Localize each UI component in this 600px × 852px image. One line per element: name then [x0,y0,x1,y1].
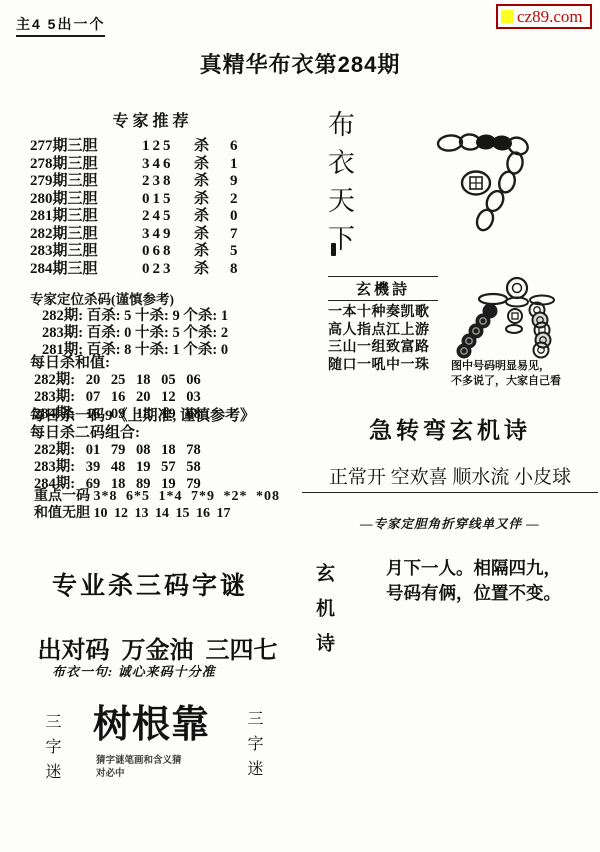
dan-numbers: 346 [142,156,194,174]
kill-label: 杀 [194,173,230,191]
sanma-riddle-line: 出对码 万金油 三四七 [25,630,290,665]
corner-note: 主4 5出一个 [16,14,105,37]
three-char-riddle-note: 猜字谜笔画和含义猜 对必中 [96,755,226,781]
riddle-note-line1: 猜字谜笔画和含义猜 [96,755,226,768]
kill-label: 杀 [194,226,230,244]
daily-kill-two-section: 每日杀二码组合: 282期: 01 79 08 18 78 283期: 39 4… [30,421,290,493]
coin-diagram-caption: 图中号码明显易见， 不多说了，大家自己看 [451,359,561,389]
kill-number: 9 [230,173,238,191]
dan-numbers: 125 [142,138,194,156]
site-logo: cz89.com [496,4,592,29]
kill-number: 7 [230,226,238,244]
kill-number: 6 [230,138,238,156]
expert-dingdan-subline: —专家定胆角折穿线单又伴 — [305,514,595,532]
dan-numbers: 015 [142,191,194,209]
kill-number: 8 [230,261,238,279]
kill-label: 杀 [194,208,230,226]
issue-label: 284期三胆 [30,261,142,279]
position-kill-row: 282期: 百杀: 5 十杀: 9 个杀: 1 [30,308,290,325]
three-char-riddle-label-right: 三字迷 [242,710,265,785]
coin-caption-line2: 不多说了，大家自己看 [451,374,561,389]
xuanji-poem-section: 玄機詩 一本十种奏凯歌 高人指点江上游 三山一组致富路 随口一吼中一珠 [328,276,438,374]
daily-kill-two-row: 282期: 01 79 08 18 78 [30,442,290,459]
kill-label: 杀 [194,191,230,209]
kill-number: 2 [230,191,238,209]
kill-label: 杀 [194,261,230,279]
kill-number: 5 [230,243,238,261]
issue-label: 283期三胆 [30,243,142,261]
xuanji-poem-line: 随口一吼中一珠 [328,357,438,375]
kill-number: 1 [230,156,238,174]
page-title: 真精华布衣第284期 [0,48,600,79]
xuanji-poem-line: 三山一组致富路 [328,339,438,357]
lottery-chart-sheet: 主4 5出一个 cz89.com 真精华布衣第284期 专家推荐 277期三胆 … [0,0,600,852]
sum-nodan-line: 和值无胆 10 12 13 14 15 16 17 [34,502,231,522]
daily-kill-sum-row: 282期: 20 25 18 05 06 [30,372,290,389]
xuanji-poem-heading: 玄機詩 [328,276,438,301]
sharp-turn-poem-title: 急转弯玄机诗 [305,412,595,445]
issue-label: 282期三胆 [30,226,142,244]
daily-kill-sum-heading: 每日杀和值: [30,351,290,372]
position-kill-heading: 专家定位杀码(谨慎参考) [30,288,290,308]
issue-label: 278期三胆 [30,156,142,174]
expert-row: 282期三胆 349 杀 7 [30,226,275,244]
xuanji2-line1: 月下一人。相隔四九， [386,556,561,581]
dan-numbers: 238 [142,173,194,191]
dan-numbers: 245 [142,208,194,226]
expert-row: 283期三胆 068 杀 5 [30,243,275,261]
expert-row: 284期三胆 023 杀 8 [30,261,275,279]
issue-label: 279期三胆 [30,173,142,191]
expert-recommend-section: 专家推荐 277期三胆 125 杀 6 278期三胆 346 杀 1 279期三… [30,108,275,278]
xuanji-poem-line: 一本十种奏凯歌 [328,304,438,322]
daily-kill-two-heading: 每日杀二码组合: [30,421,290,442]
sum-nodan-label: 和值无胆 [34,506,90,521]
dan-numbers: 023 [142,261,194,279]
kill-label: 杀 [194,156,230,174]
dan-numbers: 068 [142,243,194,261]
xuanji2-vertical-label: 玄机诗 [310,563,337,668]
buyi-tianxia-vertical-title: 布衣天下 [320,110,359,262]
daily-kill-two-row: 283期: 39 48 19 57 58 [30,459,290,476]
logo-text: cz89.com [517,8,583,25]
riddle-note-line2: 对必中 [96,768,226,781]
three-char-riddle-label-left: 三字迷 [40,713,63,788]
logo-yellow-square-icon [501,10,514,23]
three-char-riddle-answer: 树根靠 [93,693,210,748]
expert-row: 279期三胆 238 杀 9 [30,173,275,191]
issue-label: 281期三胆 [30,208,142,226]
buyi-sentence: 布衣一句: 诚心来码十分准 [52,661,216,680]
xuanji2-line2: 号码有俩，位置不变。 [386,581,561,606]
expert-recommend-heading: 专家推荐 [30,108,275,131]
xuanji2-poem: 月下一人。相隔四九， 号码有俩，位置不变。 [386,556,561,606]
sharp-turn-poem-line: 正常开 空欢喜 顺水流 小皮球 [302,462,598,493]
sanma-riddle-title: 专业杀三码字谜 [25,566,275,602]
coin-figure-diagram [453,272,587,360]
sum-nodan-value: 10 12 13 14 15 16 17 [94,506,231,521]
issue-label: 280期三胆 [30,191,142,209]
dan-numbers: 349 [142,226,194,244]
issue-label: 277期三胆 [30,138,142,156]
expert-row: 277期三胆 125 杀 6 [30,138,275,156]
expert-row: 281期三胆 245 杀 0 [30,208,275,226]
brush-tick-mark [331,243,336,256]
xuanji-poem-line: 高人指点江上游 [328,322,438,340]
expert-row: 278期三胆 346 杀 1 [30,156,275,174]
position-kill-section: 专家定位杀码(谨慎参考) 282期: 百杀: 5 十杀: 9 个杀: 1 283… [30,288,290,359]
kill-number: 0 [230,208,238,226]
position-kill-row: 283期: 百杀: 0 十杀: 5 个杀: 2 [30,325,290,342]
bean-figure-diagram [425,103,553,243]
coin-caption-line1: 图中号码明显易见， [451,359,561,374]
expert-row: 280期三胆 015 杀 2 [30,191,275,209]
kill-label: 杀 [194,243,230,261]
kill-label: 杀 [194,138,230,156]
